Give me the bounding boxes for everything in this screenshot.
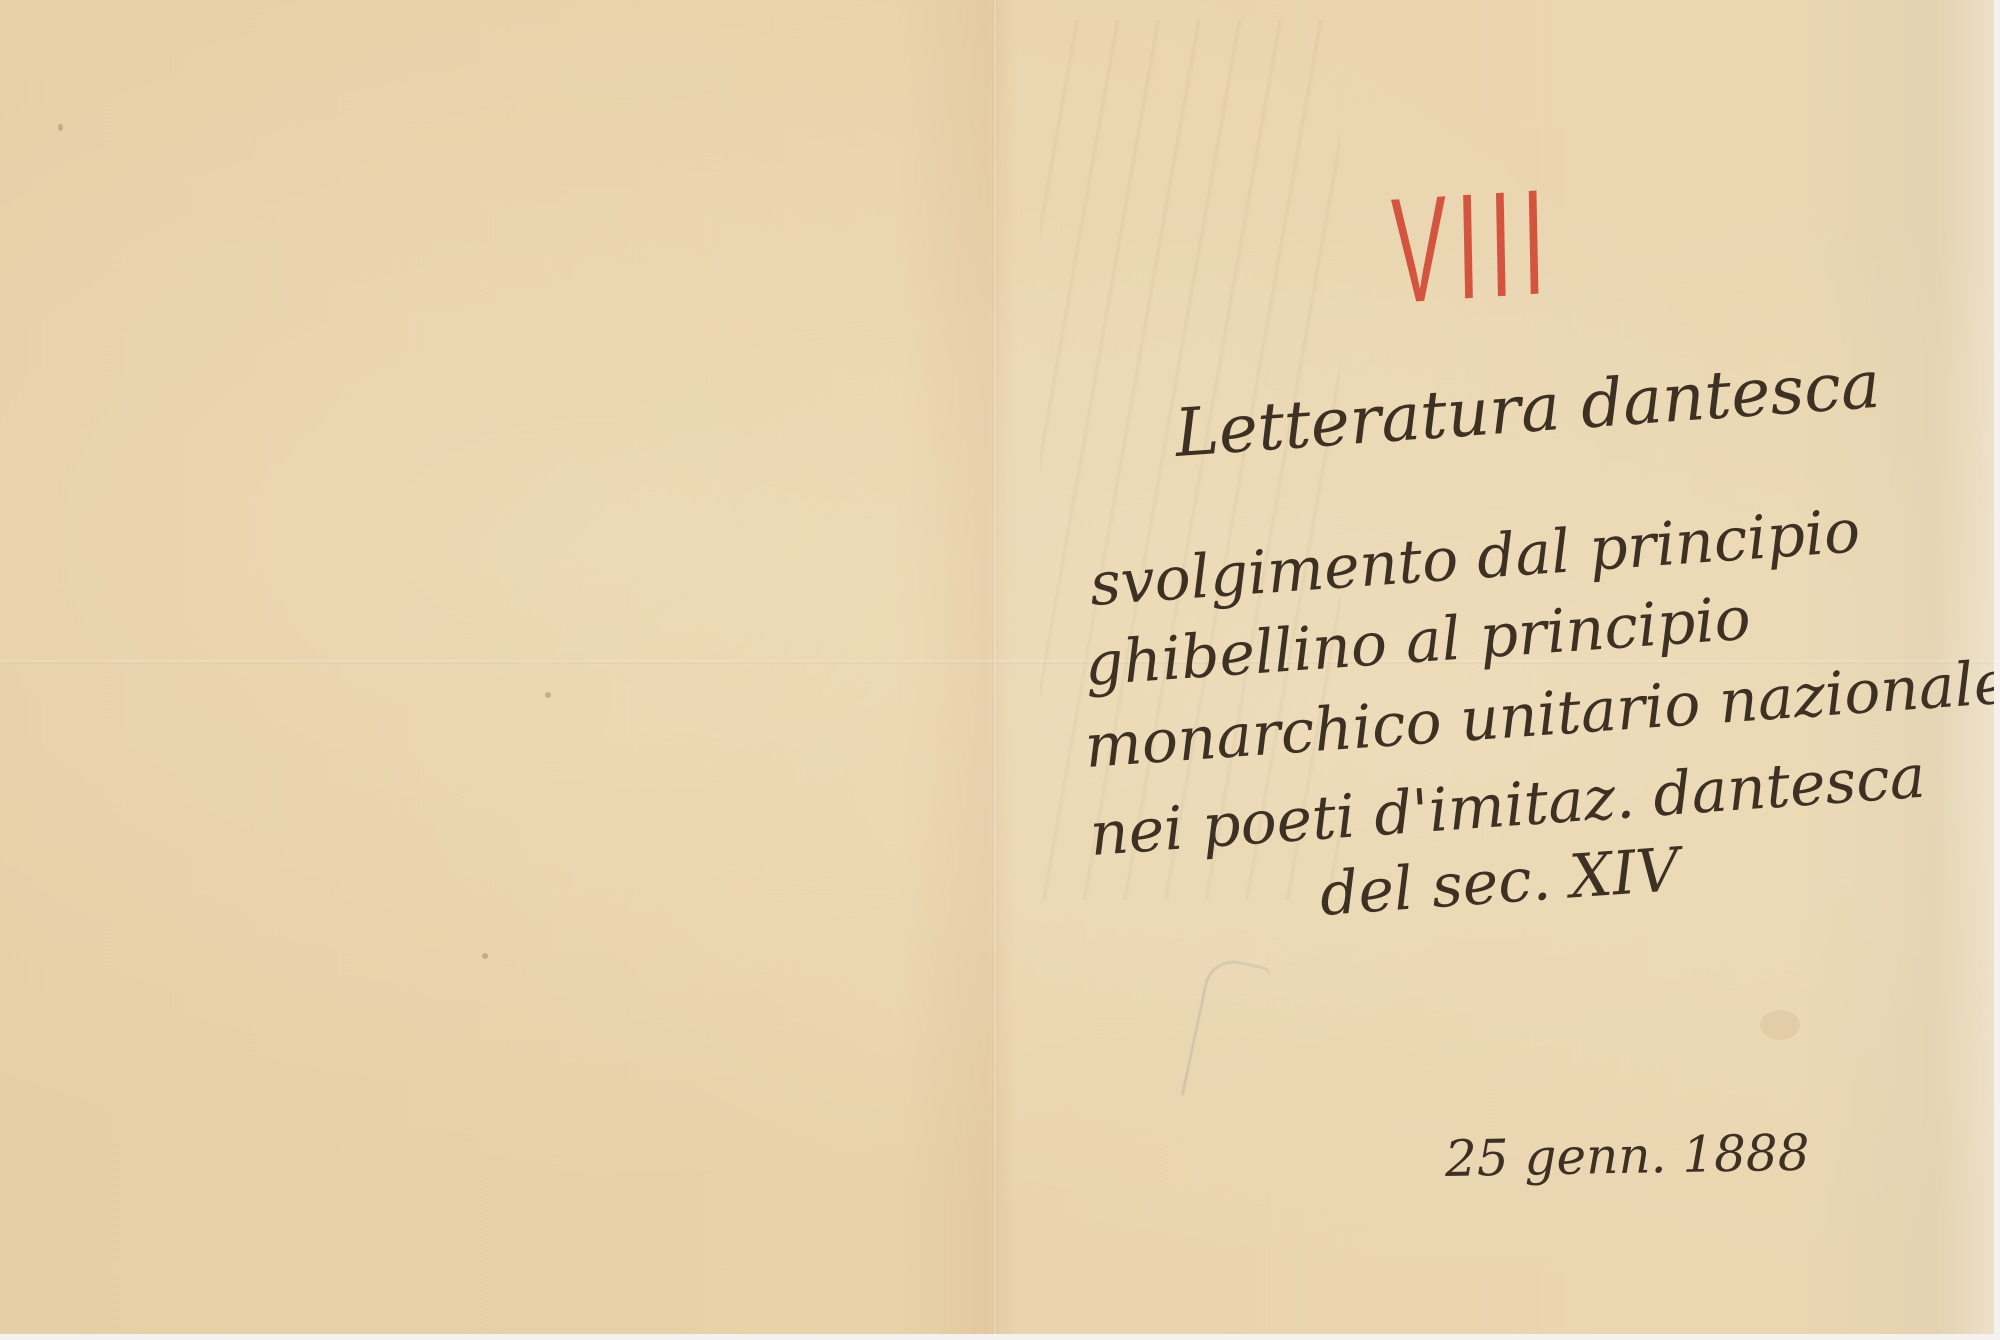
roman-numeral-heading: VIII (1390, 155, 1557, 338)
foxing-spot (482, 953, 488, 959)
ink-speck (58, 124, 63, 131)
manuscript-date: 25 genn. 1888 (1444, 1124, 1810, 1188)
vertical-fold-crease (992, 0, 998, 1334)
manuscript-sheet: VIII Letteratura dantesca svolgimento da… (0, 0, 1994, 1334)
horizontal-fold-crease (0, 660, 1994, 664)
foxing-spot (545, 692, 551, 698)
faint-pencil-mark (1181, 955, 1272, 1108)
stain (1760, 1010, 1800, 1040)
